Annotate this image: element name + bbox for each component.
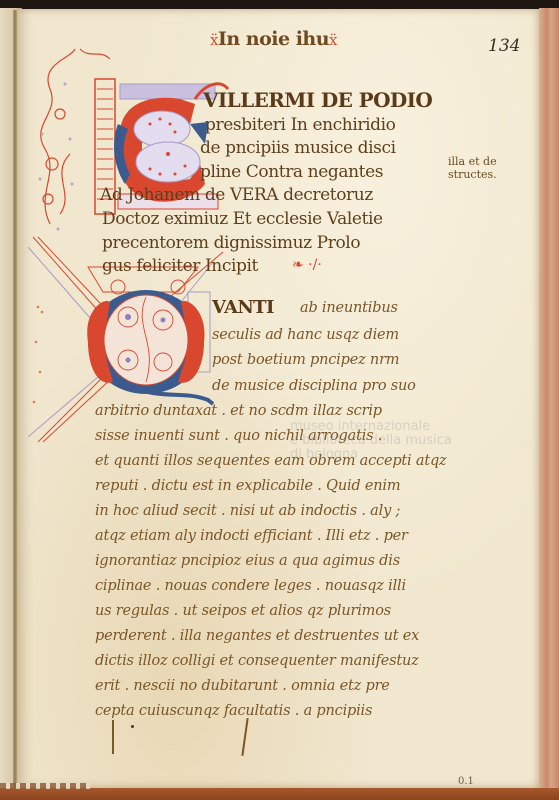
footer-mark: 0.1 — [458, 776, 474, 787]
body-line: in hoc aliud secit . nisi ut ab indoctis… — [95, 503, 400, 519]
body-line: ignorantiaz pncipioz eius a qua agimus d… — [95, 553, 400, 569]
body-line: atqz etiam aly indocti efficiant . Illi … — [95, 528, 408, 544]
rubric-flourish-icon: ẍ — [329, 31, 337, 49]
body-line: sisse inuenti sunt . quo nichil arrogati… — [95, 428, 382, 444]
ink-speck — [131, 725, 134, 728]
title-line-4: pline Contra negantes — [200, 162, 383, 182]
title-line-6: Doctoz eximiuz Et ecclesie Valetie — [102, 209, 383, 229]
title-line-3: de pncipiis musice disci — [200, 138, 396, 158]
title-line-2: presbiteri In enchiridio — [205, 115, 395, 135]
binding-bottom-edge — [0, 788, 559, 800]
body-line: arbitrio duntaxat . et no scdm illaz scr… — [95, 403, 382, 419]
title-line-7: precentorem dignissimuz Prolo — [102, 233, 360, 253]
body-line: et quanti illos sequentes eam obrem acce… — [95, 453, 447, 469]
gutter-shadow — [13, 10, 17, 790]
descender-stroke — [112, 720, 114, 754]
body-line: post boetium pncipez nrm — [212, 352, 399, 368]
body-line: de musice disciplina pro suo — [212, 378, 416, 394]
body-line: seculis ad hanc usqz diem — [212, 327, 399, 343]
body-line: ab ineuntibus — [300, 300, 398, 316]
heading-text: In noie ihu — [218, 28, 329, 50]
body-line: erit . nescii no dubitarunt . omnia etz … — [95, 678, 390, 694]
folio-number: 134 — [488, 36, 520, 56]
page-right-edge — [539, 8, 559, 790]
body-line: perderent . illa negantes et destruentes… — [95, 628, 419, 644]
body-line: cepta cuiuscunqz facultatis . a pncipiis — [95, 703, 372, 719]
body-line: dictis illoz colligi et consequenter man… — [95, 653, 419, 669]
title-line-8: gus feliciter Incipit — [102, 256, 258, 276]
body-line: us regulas . ut seipos et alios qz pluri… — [95, 603, 391, 619]
incipit-word: VANTI — [212, 297, 274, 318]
body-line: reputi . dictu est in explicabile . Quid… — [95, 478, 400, 494]
margin-note: illa et de structes. — [448, 155, 497, 181]
margin-note-line-1: illa et de — [448, 155, 497, 168]
title-line-5: Ad Johanem de VERA decretoruz — [100, 185, 373, 205]
margin-note-line-2: structes. — [448, 168, 497, 181]
author-title-line: VILLERMI DE PODIO — [203, 88, 432, 112]
binding-stitching — [0, 783, 90, 789]
body-line: ciplinae . nouas condere leges . nouasqz… — [95, 578, 406, 594]
rubric-end-mark-icon: ❧ ·/· — [292, 257, 322, 273]
